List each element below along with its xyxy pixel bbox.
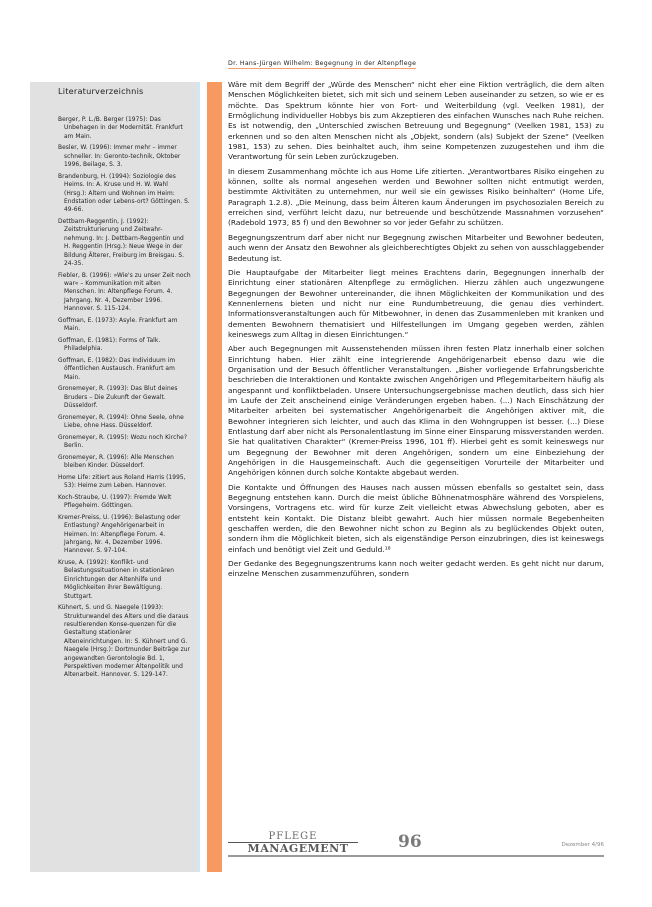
paragraph: Wäre mit dem Begriff der „Würde des Mens… (228, 80, 604, 163)
bibliography-title: Literaturverzeichnis (58, 86, 191, 96)
reference-item: Koch-Straube, U. (1997): Fremde Welt Pfl… (58, 494, 191, 511)
reference-item: Dettbarn-Reggentin, J. (1992): Zeitstruk… (58, 218, 191, 268)
reference-item: Kühnert, S. und G. Naegele (1993): Struk… (58, 604, 191, 680)
paragraph: In diesem Zusammenhang möchte ich aus Ho… (228, 167, 604, 229)
reference-item: Gronemeyer, R. (1994): Ohne Seele, ohne … (58, 414, 191, 431)
paragraph: Der Gedanke des Begegnungszentrums kann … (228, 559, 604, 580)
page-footer: PFLEGE MANAGEMENT 96 Dezember 4/96 (228, 832, 604, 854)
article-body: Wäre mit dem Begriff der „Würde des Mens… (228, 80, 604, 584)
logo-line-2: MANAGEMENT (228, 843, 368, 854)
reference-item: Home Life: zitiert aus Roland Harris (19… (58, 474, 191, 491)
reference-item: Gronemeyer, R. (1993): Das Blut deines B… (58, 385, 191, 410)
paragraph: Die Kontakte und Öffnungen des Hauses na… (228, 483, 604, 555)
reference-item: Berger, P. L./B. Berger (1975): Das Unbe… (58, 116, 191, 141)
reference-item: Goffman, E. (1981): Forms of Talk. Phila… (58, 337, 191, 354)
pflege-management-logo: PFLEGE MANAGEMENT (228, 832, 368, 854)
reference-item: Fiebler, B. (1996): »Wie's zu unser Zeit… (58, 272, 191, 314)
running-head-text: Dr. Hans-Jürgen Wilhelm: Begegnung in de… (228, 60, 416, 69)
page-number: 96 (398, 832, 422, 852)
paragraph: Begegnungszentrum darf aber nicht nur Be… (228, 233, 604, 264)
reference-item: Brandenburg, H. (1994): Soziologie des H… (58, 173, 191, 215)
reference-item: Gronemeyer, R. (1996): Alle Menschen ble… (58, 454, 191, 471)
reference-item: Kruse, A. (1992): Konflikt- und Belastun… (58, 559, 191, 601)
reference-item: Besler, W. (1996): Immer mehr – immer sc… (58, 144, 191, 169)
reference-item: Gronemeyer, R. (1995): Wozu noch Kirche?… (58, 434, 191, 451)
reference-item: Kremer-Preiss, U. (1996): Belastung oder… (58, 514, 191, 556)
paragraph: Aber auch Begegnungen mit Aussenstehende… (228, 344, 604, 478)
reference-item: Goffman, E. (1982): Das Individuum im öf… (58, 357, 191, 382)
issue-label: Dezember 4/96 (562, 842, 604, 848)
orange-accent-bar (207, 82, 222, 872)
running-head: Dr. Hans-Jürgen Wilhelm: Begegnung in de… (228, 60, 604, 69)
bibliography-sidebar: Literaturverzeichnis Berger, P. L./B. Be… (30, 82, 200, 872)
paragraph: Die Hauptaufgabe der Mitarbeiter liegt m… (228, 268, 604, 340)
footer-rule (228, 855, 604, 857)
reference-item: Goffman, E. (1973): Asyle. Frankfurt am … (58, 317, 191, 334)
